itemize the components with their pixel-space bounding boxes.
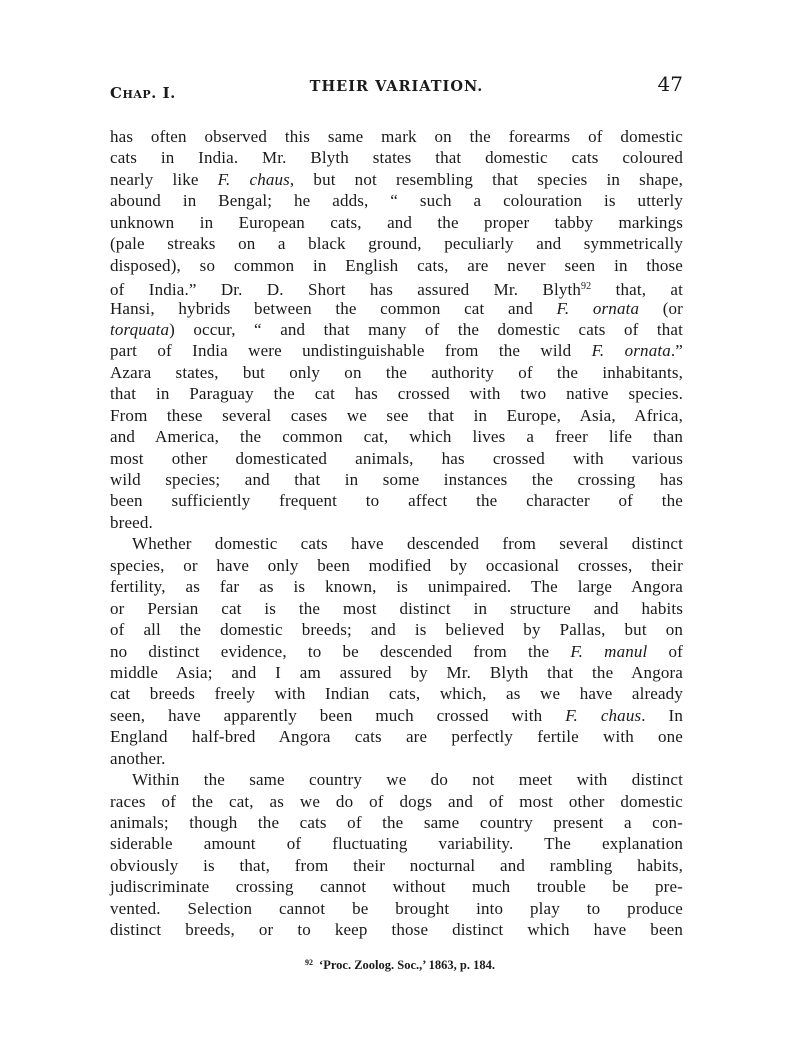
text-line: (pale streaks on a black ground, peculia… (110, 233, 683, 254)
line-text: that in Paraguay the cat has crossed wit… (110, 384, 683, 403)
text-line: cats in India. Mr. Blyth states that dom… (110, 147, 683, 168)
line-text: (pale streaks on a black ground, peculia… (110, 234, 683, 253)
species-name: F. chaus (565, 706, 641, 725)
text-line: obviously is that, from their nocturnal … (110, 855, 683, 876)
line-text: middle Asia; and I am assured by Mr. Bly… (110, 663, 683, 682)
line-text: races of the cat, as we do of dogs and o… (110, 792, 683, 811)
page-number: 47 (658, 72, 683, 96)
line-text: siderable amount of fluctuating variabil… (110, 834, 683, 853)
text-line: abound in Bengal; he adds, “ such a colo… (110, 190, 683, 211)
line-text: seen, have apparently been much crossed … (110, 706, 565, 725)
line-text: judiscriminate crossing cannot without m… (110, 877, 683, 896)
text-line: races of the cat, as we do of dogs and o… (110, 791, 683, 812)
text-line: From these several cases we see that in … (110, 405, 683, 426)
line-text: vented. Selection cannot be brought into… (110, 899, 683, 918)
line-text: ) occur, “ and that many of the domestic… (169, 320, 683, 339)
text-line: nearly like F. chaus, but not resembling… (110, 169, 683, 190)
line-text: Azara states, but only on the authority … (110, 363, 683, 382)
text-line: England half-bred Angora cats are perfec… (110, 726, 683, 747)
text-line: Hansi, hybrids between the common cat an… (110, 298, 683, 319)
text-line: of all the domestic breeds; and is belie… (110, 619, 683, 640)
running-head: Chap. I. THEIR VARIATION. 47 (110, 74, 683, 104)
line-text: England half-bred Angora cats are perfec… (110, 727, 683, 746)
text-line: fertility, as far as is known, is unimpa… (110, 576, 683, 597)
text-line: that in Paraguay the cat has crossed wit… (110, 383, 683, 404)
line-text: .” (671, 341, 683, 360)
line-text: part of India were undistinguishable fro… (110, 341, 592, 360)
line-text: breed. (110, 513, 153, 532)
line-text: nearly like (110, 170, 218, 189)
text-line: judiscriminate crossing cannot without m… (110, 876, 683, 897)
text-line: torquata) occur, “ and that many of the … (110, 319, 683, 340)
line-text: abound in Bengal; he adds, “ such a colo… (110, 191, 683, 210)
body-text: has often observed this same mark on the… (110, 126, 683, 941)
book-page: Chap. I. THEIR VARIATION. 47 has often o… (0, 0, 800, 1050)
text-line: part of India were undistinguishable fro… (110, 340, 683, 361)
species-name: F. ornata (557, 299, 640, 318)
text-line: Within the same country we do not meet w… (110, 769, 683, 790)
line-text: (or (639, 299, 683, 318)
line-text: that, at (591, 280, 683, 299)
line-text: has often observed this same mark on the… (110, 127, 683, 146)
text-line: another. (110, 748, 683, 769)
line-text: cat breeds freely with Indian cats, whic… (110, 684, 683, 703)
line-text: Hansi, hybrids between the common cat an… (110, 299, 557, 318)
text-line: wild species; and that in some instances… (110, 469, 683, 490)
species-name: F. manul (570, 642, 647, 661)
line-text: Whether domestic cats have descended fro… (132, 534, 683, 553)
text-line: unknown in European cats, and the proper… (110, 212, 683, 233)
text-line: Azara states, but only on the authority … (110, 362, 683, 383)
line-text: , but not resembling that species in sha… (290, 170, 683, 189)
line-text: animals; though the cats of the same cou… (110, 813, 683, 832)
text-line: no distinct evidence, to be descended fr… (110, 641, 683, 662)
line-text: of (647, 642, 683, 661)
text-line: vented. Selection cannot be brought into… (110, 898, 683, 919)
text-line: been sufficiently frequent to affect the… (110, 490, 683, 511)
line-text: fertility, as far as is known, is unimpa… (110, 577, 683, 596)
line-text: cats in India. Mr. Blyth states that dom… (110, 148, 683, 167)
text-line: and America, the common cat, which lives… (110, 426, 683, 447)
line-text: From these several cases we see that in … (110, 406, 683, 425)
line-text: unknown in European cats, and the proper… (110, 213, 683, 232)
footnote-marker: 92 (305, 958, 313, 967)
text-line: distinct breeds, or to keep those distin… (110, 919, 683, 940)
text-line: has often observed this same mark on the… (110, 126, 683, 147)
line-text: most other domesticated animals, has cro… (110, 449, 683, 468)
text-line: of India.” Dr. D. Short has assured Mr. … (110, 276, 683, 297)
species-name: torquata (110, 320, 169, 339)
text-line: middle Asia; and I am assured by Mr. Bly… (110, 662, 683, 683)
line-text: another. (110, 749, 166, 768)
line-text: of India.” Dr. D. Short has assured Mr. … (110, 280, 581, 299)
line-text: of all the domestic breeds; and is belie… (110, 620, 683, 639)
text-line: most other domesticated animals, has cro… (110, 448, 683, 469)
footnote-text: ‘Proc. Zoolog. Soc.,’ 1863, p. 184. (319, 958, 495, 972)
footnote: 92‘Proc. Zoolog. Soc.,’ 1863, p. 184. (0, 958, 800, 973)
line-text: no distinct evidence, to be descended fr… (110, 642, 570, 661)
text-line: species, or have only been modified by o… (110, 555, 683, 576)
line-text: distinct breeds, or to keep those distin… (110, 920, 683, 939)
footnote-reference: 92 (581, 281, 591, 292)
text-line: breed. (110, 512, 683, 533)
line-text: or Persian cat is the most distinct in s… (110, 599, 683, 618)
text-line: cat breeds freely with Indian cats, whic… (110, 683, 683, 704)
species-name: F. ornata (592, 341, 671, 360)
text-line: or Persian cat is the most distinct in s… (110, 598, 683, 619)
line-text: disposed), so common in English cats, ar… (110, 256, 683, 275)
text-line: Whether domestic cats have descended fro… (110, 533, 683, 554)
species-name: F. chaus (218, 170, 290, 189)
line-text: and America, the common cat, which lives… (110, 427, 683, 446)
line-text: obviously is that, from their nocturnal … (110, 856, 683, 875)
text-line: siderable amount of fluctuating variabil… (110, 833, 683, 854)
line-text: species, or have only been modified by o… (110, 556, 683, 575)
running-title: THEIR VARIATION. (110, 78, 683, 95)
text-line: seen, have apparently been much crossed … (110, 705, 683, 726)
text-line: disposed), so common in English cats, ar… (110, 255, 683, 276)
line-text: . In (641, 706, 683, 725)
line-text: Within the same country we do not meet w… (132, 770, 683, 789)
line-text: wild species; and that in some instances… (110, 470, 683, 489)
line-text: been sufficiently frequent to affect the… (110, 491, 683, 510)
text-line: animals; though the cats of the same cou… (110, 812, 683, 833)
